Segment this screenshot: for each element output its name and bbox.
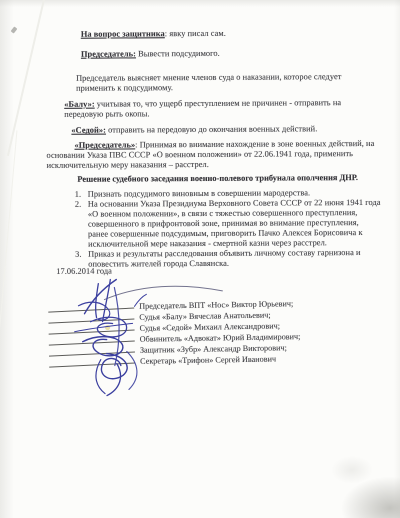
paragraph-line: применить к подсудимому. (76, 82, 341, 94)
item-text: Приказ и результаты расследования объяви… (88, 248, 360, 270)
chairman-order-label: Председатель: (81, 49, 136, 58)
resolution-item-3: 3. Приказ и результаты расследования объ… (75, 248, 381, 270)
sedoy-label: «Седой»: (71, 126, 106, 135)
paragraph-line: передовую рыть окопы. (64, 108, 341, 120)
paragraph-line: «Балу»: учитывая то, что ущерб преступле… (64, 98, 341, 110)
item-number: 1. (75, 190, 88, 200)
item-number: 2. (75, 200, 88, 250)
sedoy-opinion-line: «Седой»: отправить на передовую до оконч… (71, 124, 317, 136)
balu-text: учитывая то, что ущерб преступлением не … (95, 98, 342, 109)
item-line: оповестить жителей города Славянска. (88, 258, 360, 270)
document-date: 17.06.2014 года (56, 267, 112, 277)
balu-label: «Балу»: (64, 100, 94, 109)
paragraph-line: основании Указа ПВС СССР «О военном поло… (47, 149, 375, 161)
chairman-order-text: Вывести подсудимого. (136, 49, 220, 59)
signature-title: Секретарь «Трифон» Сергей Иванович (140, 353, 276, 366)
defender-question-label: На вопрос защитника (81, 29, 165, 39)
resolution-item-2: 2. На основании Указа Президиума Верховн… (75, 198, 381, 250)
signature-line (49, 362, 135, 367)
balu-opinion-paragraph: «Балу»: учитывая то, что ущерб преступле… (64, 98, 341, 120)
paragraph-line: Председатель выясняет мнение членов суда… (76, 72, 341, 84)
chairman-order-line: Председатель: Вывести подсудимого. (81, 49, 220, 60)
paragraph-line: исключительную меру наказания – расстрел… (47, 159, 375, 171)
opinion-paragraph: Председатель выясняет мнение членов суда… (76, 72, 341, 94)
chairman-verdict-paragraph: «Председатель»: Принимая во внимание нах… (46, 139, 374, 171)
defender-question-line: На вопрос защитника: явку писал сам. (81, 29, 226, 40)
chairman-text: : Принимая во внимание нахождение в зоне… (135, 139, 374, 149)
resolution-heading: Решение судебного заседания военно-полев… (58, 173, 378, 185)
signature-block: Председатель ВПТ «Нос» Виктор Юрьевич; С… (48, 298, 301, 368)
defender-question-text: : явку писал сам. (165, 29, 226, 38)
scanned-court-document: На вопрос защитника: явку писал сам. Пре… (0, 0, 400, 518)
document-content: На вопрос защитника: явку писал сам. Пре… (0, 0, 400, 518)
resolution-list: 1. Признать подсудимого виновным в совер… (75, 188, 381, 270)
item-text: На основании Указа Президиума Верховного… (88, 198, 381, 250)
chairman-label: «Председатель» (74, 140, 135, 149)
sedoy-text: отправить на передовую до окончания воен… (106, 124, 317, 134)
